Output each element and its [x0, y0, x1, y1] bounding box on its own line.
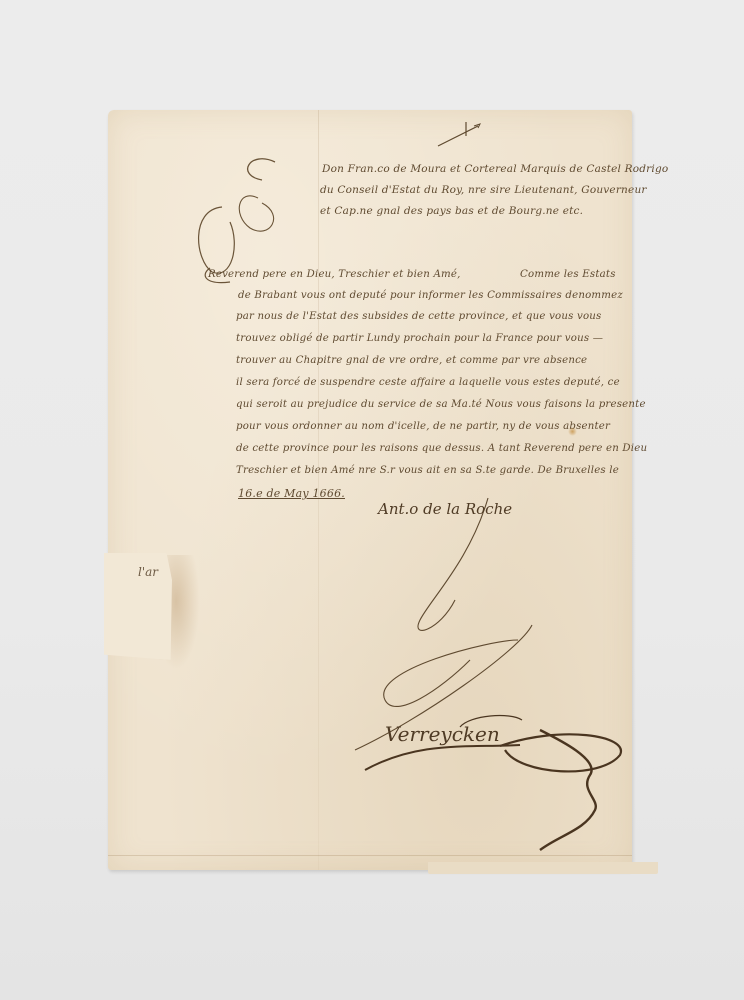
body-line-5: trouver au Chapitre gnal de vre ordre, e…: [236, 355, 587, 366]
body-line-8: pour vous ordonner au nom d'icelle, de n…: [236, 421, 610, 432]
body-line-1: Comme les Estats: [520, 269, 616, 280]
salutation: Reverend pere en Dieu, Treschier et bien…: [208, 269, 461, 280]
tab-label: l'ar: [138, 565, 158, 579]
signature: Verreycken: [385, 722, 500, 746]
cross-mark-icon: [430, 112, 490, 152]
body-line-3: par nous de l'Estat des subsides de cett…: [236, 311, 601, 322]
letter-date: 16.e de May 1666.: [238, 487, 345, 500]
heading-line-3: et Cap.ne gnal des pays bas et de Bourg.…: [320, 205, 583, 217]
letter-paper: [108, 110, 632, 870]
paper-underlayer: [428, 862, 658, 874]
body-line-2: de Brabant vous ont deputé pour informer…: [238, 290, 623, 301]
body-line-9: de cette province pour les raisons que d…: [236, 443, 647, 454]
heading-line-1: Don Fran.co de Moura et Cortereal Marqui…: [322, 163, 668, 175]
ink-stain: [568, 427, 577, 436]
countersignature: Ant.o de la Roche: [378, 500, 512, 518]
fold-crease-horizontal: [108, 855, 632, 856]
body-line-6: il sera forcé de suspendre ceste affaire…: [236, 377, 620, 388]
body-line-7: qui seroit au prejudice du service de sa…: [236, 399, 646, 410]
heading-line-2: du Conseil d'Estat du Roy, nre sire Lieu…: [320, 184, 647, 196]
body-line-4: trouvez obligé de partir Lundy prochain …: [236, 333, 603, 344]
body-line-10: Treschier et bien Amé nre S.r vous ait e…: [236, 465, 619, 476]
